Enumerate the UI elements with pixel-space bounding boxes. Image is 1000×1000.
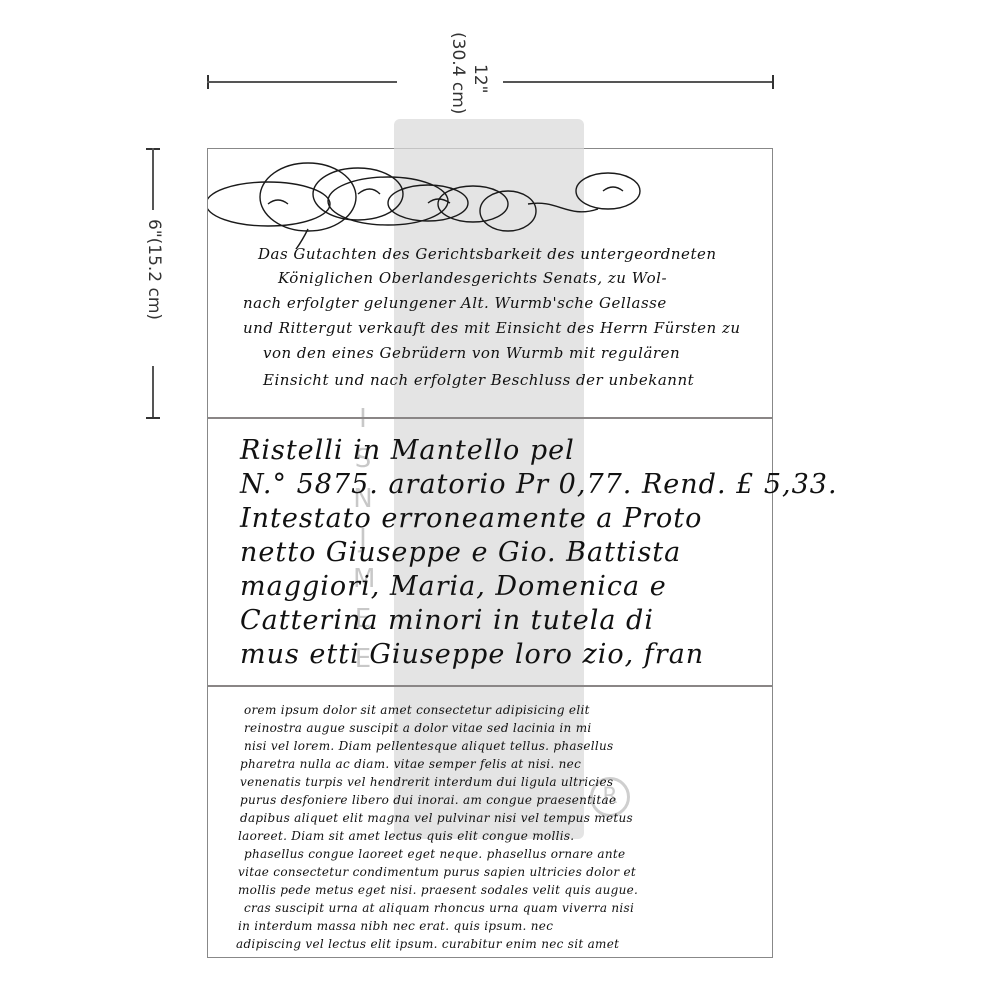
script-line: Einsicht und nach erfolgter Beschluss de… xyxy=(263,371,694,389)
script-line: purus desfoniere libero dui inorai. am c… xyxy=(240,793,616,807)
script-line: Catterina minori in tutela di xyxy=(240,605,654,636)
dimension-rule-right xyxy=(503,81,773,83)
calligraphy-flourish-icon xyxy=(208,149,774,249)
script-line: nach erfolgter gelungener Alt. Wurmb'sch… xyxy=(243,294,667,312)
german-script-panel: Das Gutachten des Gerichtsbarkeit des un… xyxy=(208,149,772,417)
script-line: pharetra nulla ac diam. vitae semper fel… xyxy=(240,757,581,771)
script-line: mus etti Giuseppe loro zio, fran xyxy=(240,639,704,670)
script-line: orem ipsum dolor sit amet consectetur ad… xyxy=(244,703,590,717)
script-line: dapibus aliquet elit magna vel pulvinar … xyxy=(240,811,633,825)
dimension-tick-bottom xyxy=(146,417,160,419)
script-line: venenatis turpis vel hendrerit interdum … xyxy=(240,775,613,789)
dimension-rule-bottom xyxy=(152,366,154,418)
script-line: cras suscipit urna at aliquam rhoncus ur… xyxy=(244,901,634,915)
script-line: adipiscing vel lectus elit ipsum. curabi… xyxy=(236,937,619,951)
script-line: Ristelli in Mantello pel xyxy=(240,435,575,466)
script-line: und Rittergut verkauft des mit Einsicht … xyxy=(243,319,741,337)
script-line: in interdum massa nibh nec erat. quis ip… xyxy=(238,919,553,933)
script-line: Königlichen Oberlandesgerichts Senats, z… xyxy=(278,269,667,287)
width-metric: (30.4 cm) xyxy=(448,32,468,114)
script-line: vitae consectetur condimentum purus sapi… xyxy=(238,865,636,879)
script-line: N.° 5875. aratorio Pr 0,77. Rend. £ 5,33… xyxy=(240,469,838,500)
italian-script-panel: Ristelli in Mantello pel N.° 5875. arato… xyxy=(208,419,772,685)
dimension-rule-top xyxy=(152,148,154,210)
script-line: Das Gutachten des Gerichtsbarkeit des un… xyxy=(258,245,717,263)
dimension-rule-left xyxy=(207,81,397,83)
script-line: maggiori, Maria, Domenica e xyxy=(240,571,667,602)
script-line: von den eines Gebrüdern von Wurmb mit re… xyxy=(263,344,680,362)
dimension-tick-right xyxy=(772,75,774,89)
script-line: laoreet. Diam sit amet lectus quis elit … xyxy=(238,829,574,843)
transfer-sheet: I S N J M E E R xyxy=(207,148,773,958)
width-inches: 12" xyxy=(470,64,490,93)
height-value: 6"(15.2 cm) xyxy=(144,219,164,320)
script-line: reinostra augue suscipit a dolor vitae s… xyxy=(244,721,592,735)
script-line: phasellus congue laoreet eget neque. pha… xyxy=(244,847,625,861)
latin-script-panel: orem ipsum dolor sit amet consectetur ad… xyxy=(208,687,772,957)
script-line: netto Giuseppe e Gio. Battista xyxy=(240,537,681,568)
script-line: nisi vel lorem. Diam pellentesque alique… xyxy=(244,739,614,753)
script-line: mollis pede metus eget nisi. praesent so… xyxy=(238,883,638,897)
script-line: Intestato erroneamente a Proto xyxy=(240,503,702,534)
